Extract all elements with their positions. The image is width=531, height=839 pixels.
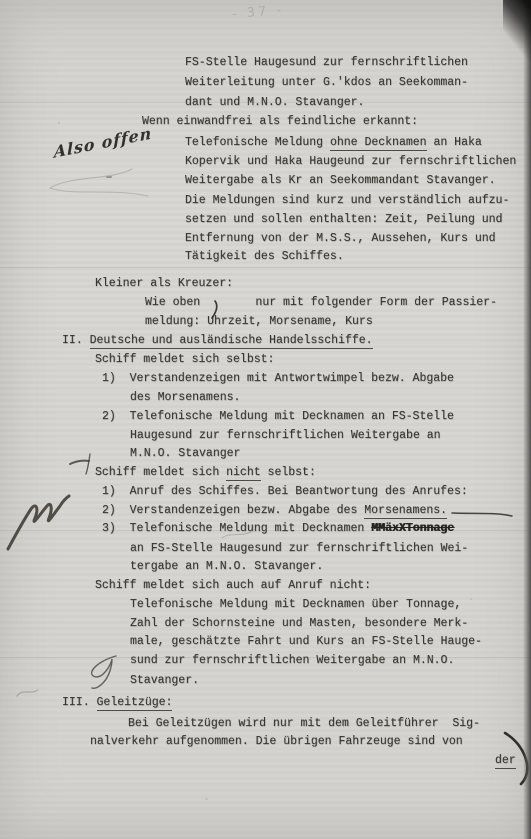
text-segment: Kopervik und Haka Haugeund zur fernschri… <box>185 155 516 168</box>
text-segment: an FS-Stelle Haugesund zur fernschriftli… <box>130 542 468 555</box>
text-segment: Schiff meldet sich selbst: <box>95 353 274 366</box>
text-line: III. Geleitzüge: <box>62 695 172 710</box>
text-segment: Die Meldungen sind kurz und verständlich… <box>185 194 509 207</box>
text-line: sund zur fernschriftlichen Weitergabe an… <box>130 653 454 668</box>
margin-tick-mark <box>86 454 90 474</box>
text-segment: III. <box>62 696 97 709</box>
text-segment: an Haka <box>427 136 482 149</box>
underlined-text: Deutsche und ausländische Handelsschiffe… <box>90 334 373 349</box>
text-line: tergabe an M.N.O. Stavanger. <box>130 559 323 574</box>
text-segment: Bei Geleitzügen wird nur mit dem Geleitf… <box>128 717 480 730</box>
margin-dash-mark <box>70 461 89 464</box>
text-line: des Morsenamens. <box>130 390 240 405</box>
text-segment: Entfernung von der M.S.S., Aussehen, Kur… <box>185 232 496 245</box>
text-line: II. Deutsche und ausländische Handelssch… <box>62 333 373 348</box>
struck-text: MMäxXTonnage <box>371 522 454 535</box>
text-line: Stavanger. <box>130 673 199 688</box>
paper-scratch-line <box>0 267 531 268</box>
morsenamens-pen-extension <box>452 513 512 516</box>
text-segment: 2) Verstandenzeigen bezw. Abgabe des <box>102 504 364 517</box>
text-line: Tätigkeit des Schiffes. <box>185 249 344 264</box>
text-segment: sund zur fernschriftlichen Weitergabe an… <box>130 654 454 667</box>
text-line: Die Meldungen sind kurz und verständlich… <box>185 193 509 208</box>
corner-shadow <box>503 0 531 62</box>
paper-speck <box>58 122 60 124</box>
text-line: meldung: Uhrzeit, Morsename, Kurs <box>145 314 373 329</box>
underlined-text: ohne Decknamen <box>330 136 427 151</box>
text-line: an FS-Stelle Haugesund zur fernschriftli… <box>130 541 468 556</box>
text-line: nalverkehr aufgenommen. Die übrigen Fahr… <box>90 734 463 749</box>
text-line: dant und M.N.O. Stavanger. <box>185 95 364 110</box>
text-segment: Weitergabe als Kr an Seekommandant Stava… <box>185 174 496 187</box>
text-line: 1) Verstandenzeigen mit Antwortwimpel be… <box>102 371 454 386</box>
text-line: Telefonische Meldung mit Decknamen über … <box>130 597 461 612</box>
text-line: Wie oben nur mit folgender Form der Pass… <box>145 295 497 310</box>
underlined-text: Morsenamens. <box>364 504 447 519</box>
margin-scribble <box>8 496 69 549</box>
text-segment: Schiff meldet sich auch auf Anruf nicht: <box>95 579 371 592</box>
text-segment: selbst: <box>261 466 316 479</box>
page-edge-shadow <box>523 0 531 839</box>
text-line: Zahl der Schornsteine und Masten, besond… <box>130 616 468 631</box>
text-segment: 1) Verstandenzeigen mit Antwortwimpel be… <box>102 372 454 385</box>
underlined-text: nicht <box>226 466 261 481</box>
text-segment: tergabe an M.N.O. Stavanger. <box>130 560 323 573</box>
text-segment: 3) Telefonische Meldung mit Decknamen <box>102 522 371 535</box>
text-line: Schiff meldet sich auch auf Anruf nicht: <box>95 578 371 593</box>
text-segment: setzen und sollen enthalten: Zeit, Peilu… <box>185 213 502 226</box>
text-line: Entfernung von der M.S.S., Aussehen, Kur… <box>185 231 496 246</box>
text-line: setzen und sollen enthalten: Zeit, Peilu… <box>185 212 502 227</box>
text-line: M.N.O. Stavanger <box>130 446 240 461</box>
pre-geleitzuege-squiggle <box>17 690 38 696</box>
text-segment: Wenn einwandfrei als feindliche erkannt: <box>142 115 418 128</box>
text-segment: Telefonische Meldung <box>185 136 330 149</box>
text-segment: nalverkehr aufgenommen. Die übrigen Fahr… <box>90 735 463 748</box>
paper-speck <box>106 176 112 178</box>
text-line: 1) Anruf des Schiffes. Bei Beantwortung … <box>102 484 468 499</box>
paper-speck <box>205 798 208 800</box>
text-line: 3) Telefonische Meldung mit Decknamen MM… <box>102 521 454 536</box>
text-line: Weiterleitung unter G.'kdos an Seekomman… <box>185 75 468 90</box>
text-segment: Tätigkeit des Schiffes. <box>185 250 344 263</box>
text-segment: Telefonische Meldung mit Decknamen über … <box>130 598 461 611</box>
text-segment: II. <box>62 334 90 347</box>
text-segment: Zahl der Schornsteine und Masten, besond… <box>130 617 468 630</box>
text-line: 2) Verstandenzeigen bezw. Abgabe des Mor… <box>102 503 447 518</box>
text-line: FS-Stelle Haugesund zur fernschriftliche… <box>185 55 468 70</box>
underlined-text: der <box>495 754 516 769</box>
stavanger-check-mark <box>92 656 116 688</box>
text-line: Bei Geleitzügen wird nur mit dem Geleitf… <box>128 716 480 731</box>
document-page: - 37 - Also offen FS-Stelle Haugesund zu… <box>0 0 531 839</box>
paper-speck <box>470 598 472 600</box>
text-segment: 1) Anruf des Schiffes. Bei Beantwortung … <box>102 485 468 498</box>
text-line: Haugesund zur fernschriftlichen Weiterga… <box>130 428 441 443</box>
text-segment: M.N.O. Stavanger <box>130 447 240 460</box>
text-line: Schiff meldet sich nicht selbst: <box>95 465 316 480</box>
text-segment: Schiff meldet sich <box>95 466 226 479</box>
text-line: Schiff meldet sich selbst: <box>95 352 274 367</box>
text-line: Kleiner als Kreuzer: <box>95 276 233 291</box>
handwritten-note: Also offen <box>54 123 152 161</box>
text-segment: des Morsenamens. <box>130 391 240 404</box>
text-line: Telefonische Meldung ohne Decknamen an H… <box>185 135 482 150</box>
text-segment: meldung: Uhrzeit, Morsename, Kurs <box>145 315 373 328</box>
text-line: Kopervik und Haka Haugeund zur fernschri… <box>185 154 516 169</box>
text-segment: male, geschätzte Fahrt und Kurs an FS-St… <box>130 635 482 648</box>
text-segment: Wie oben nur mit folgender Form der Pass… <box>145 296 497 309</box>
text-segment: dant und M.N.O. Stavanger. <box>185 96 364 109</box>
text-line: 2) Telefonische Meldung mit Decknamen an… <box>102 409 454 424</box>
note-underline-squiggle <box>50 169 148 196</box>
text-line: Wenn einwandfrei als feindliche erkannt: <box>142 114 418 129</box>
text-segment: Kleiner als Kreuzer: <box>95 277 233 290</box>
text-segment: FS-Stelle Haugesund zur fernschriftliche… <box>185 56 468 69</box>
text-segment: Stavanger. <box>130 674 199 687</box>
text-segment: Weiterleitung unter G.'kdos an Seekomman… <box>185 76 468 89</box>
text-segment: Haugesund zur fernschriftlichen Weiterga… <box>130 429 441 442</box>
text-line: der <box>495 753 516 768</box>
text-line: male, geschätzte Fahrt und Kurs an FS-St… <box>130 634 482 649</box>
text-segment: 2) Telefonische Meldung mit Decknamen an… <box>102 410 454 423</box>
page-number: - 37 - <box>231 3 284 22</box>
text-line: Weitergabe als Kr an Seekommandant Stava… <box>185 173 496 188</box>
underlined-text: Geleitzüge: <box>97 696 173 711</box>
